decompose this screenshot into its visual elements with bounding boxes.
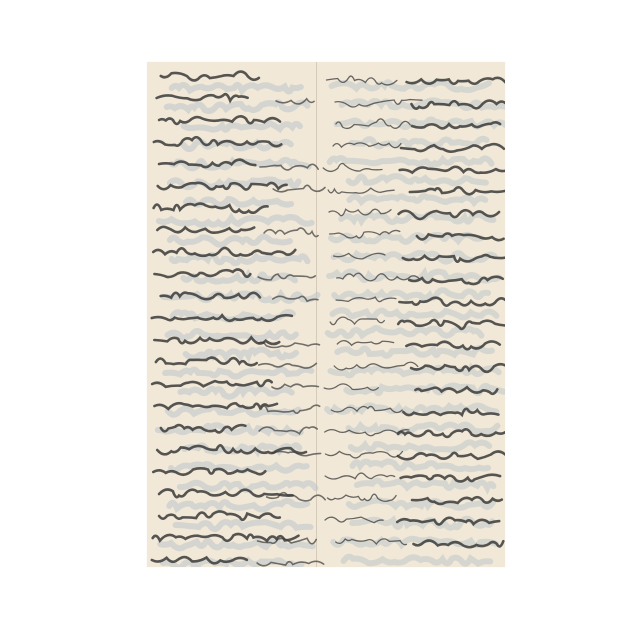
calligraphy-paper: Two joined sheets of cream paper covered… — [147, 62, 505, 567]
calligraphy-strokes — [147, 62, 505, 567]
